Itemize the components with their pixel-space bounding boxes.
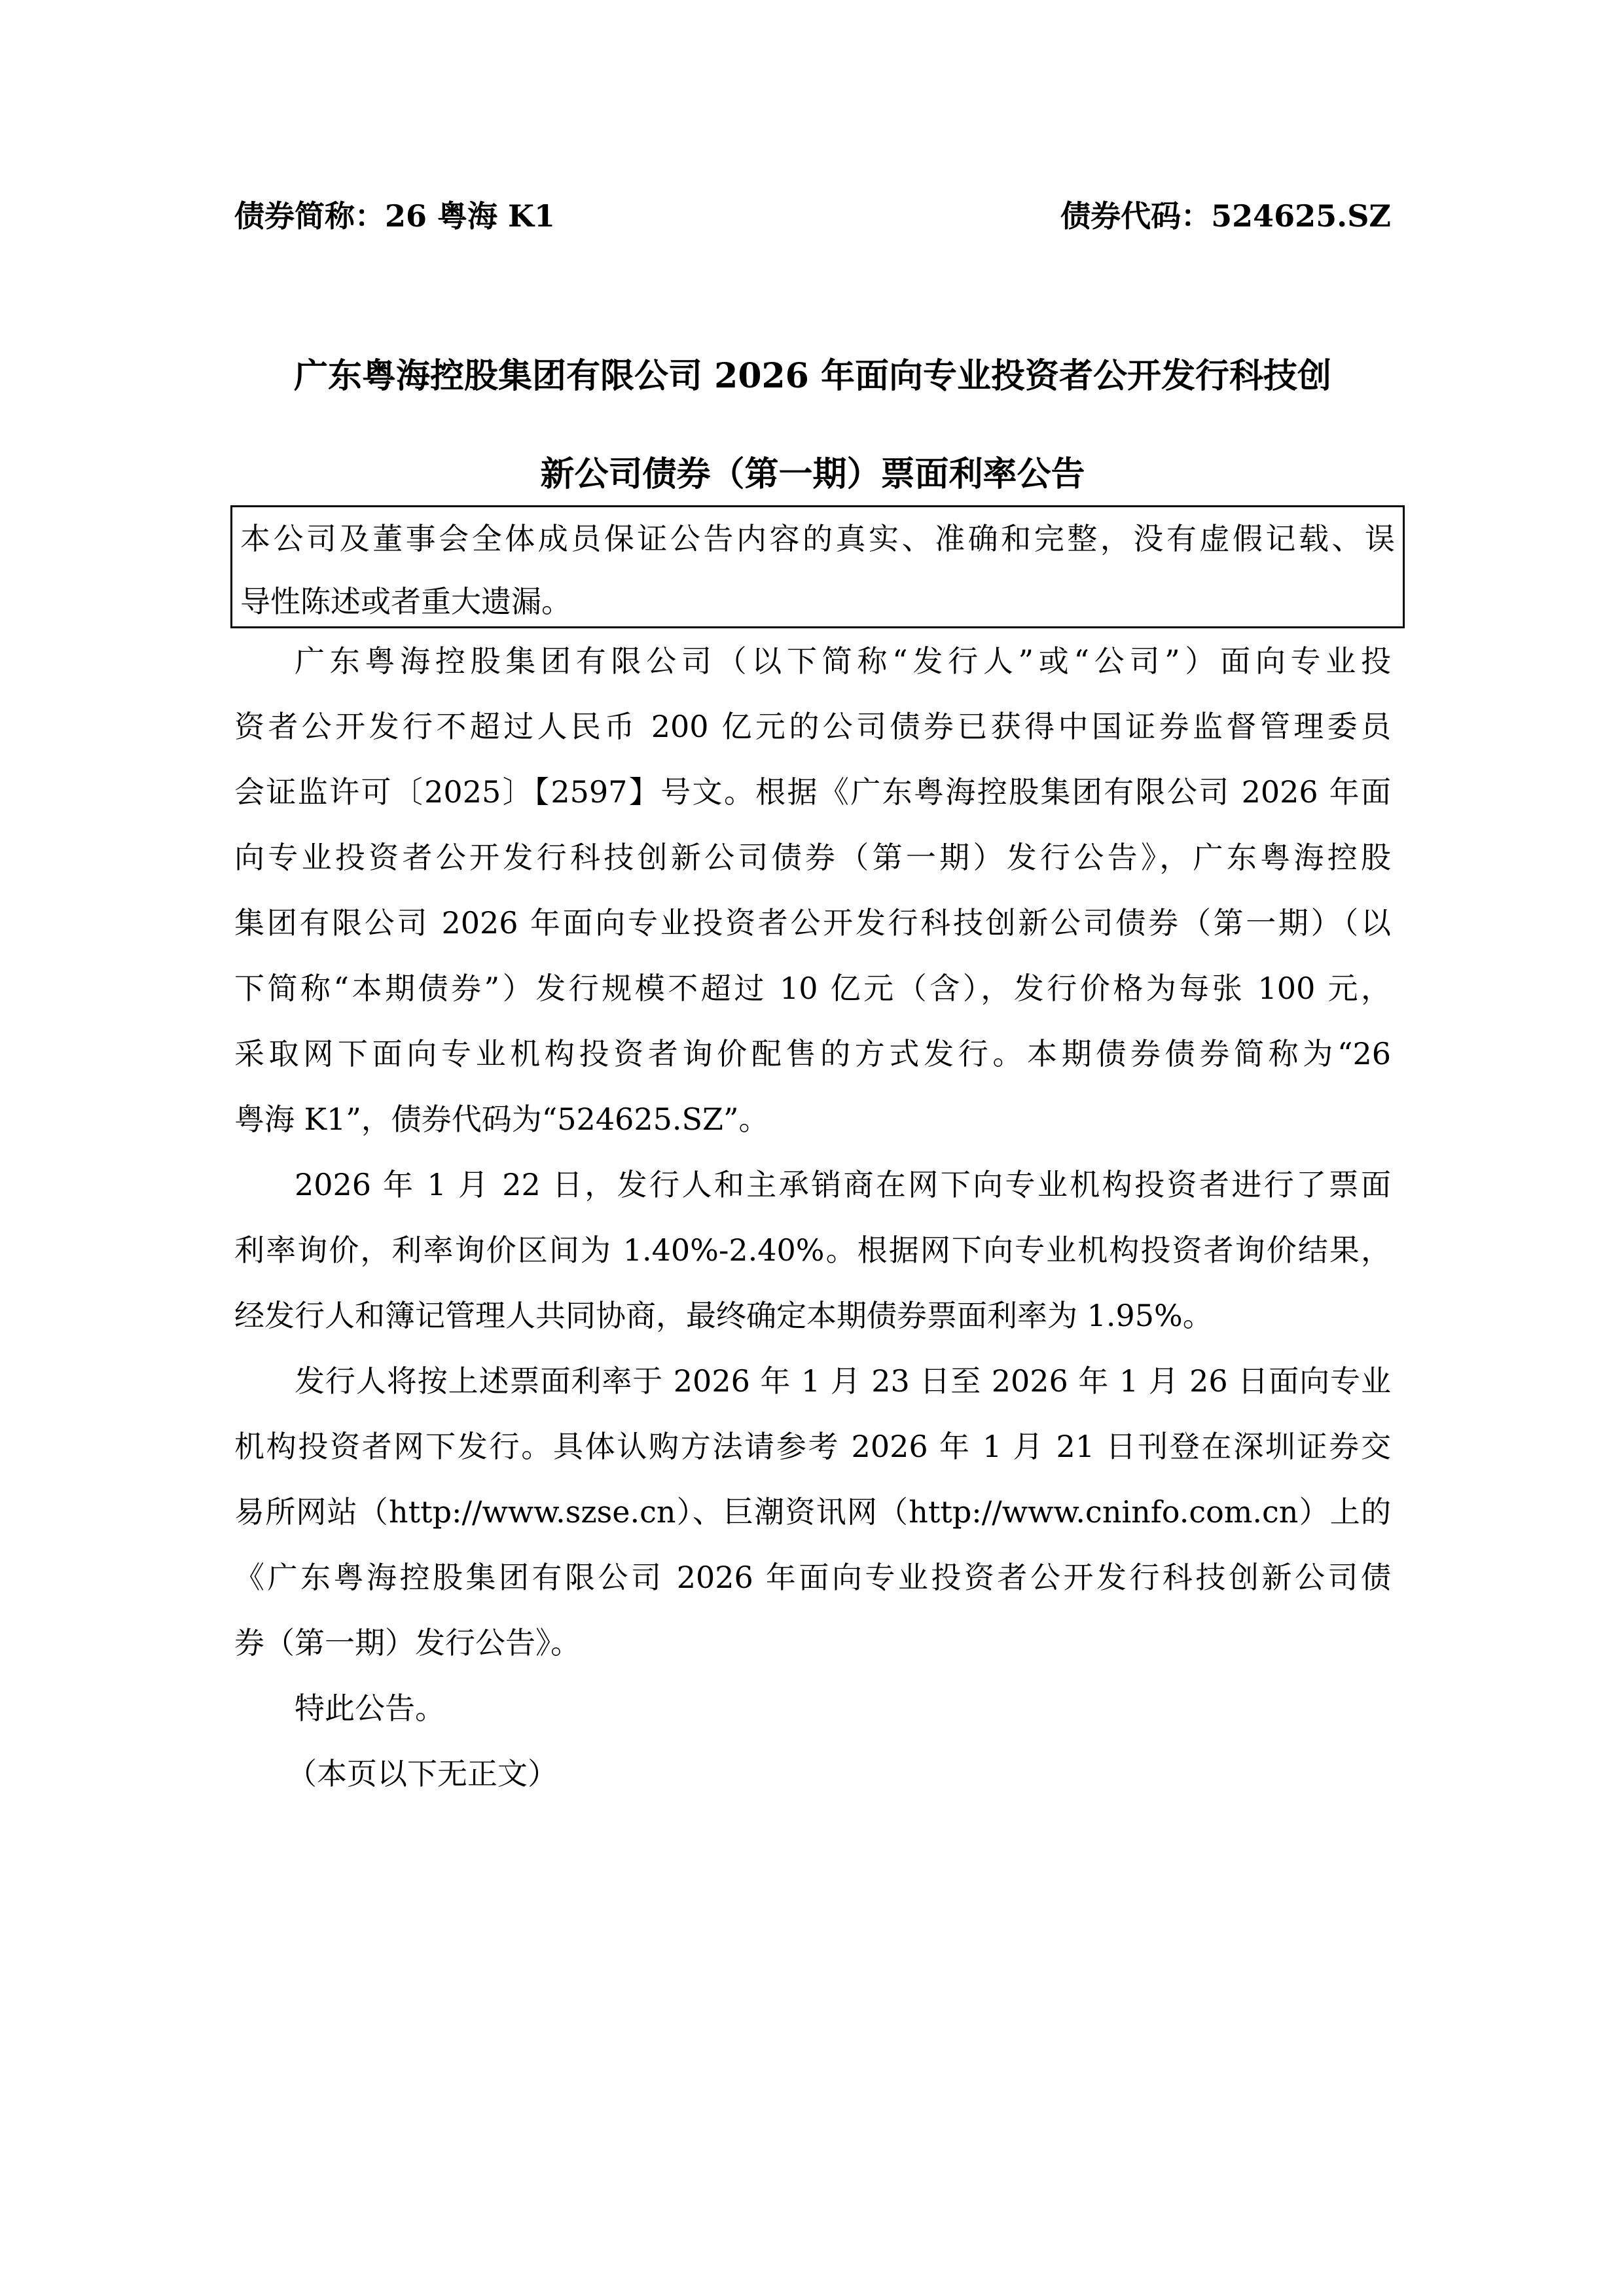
bond-short-name-label: 债券简称：26 粤海 K1 [234, 196, 555, 236]
closing-statement: 特此公告。 [234, 1676, 1391, 1741]
closing-section: 特此公告。 （本页以下无正文） [234, 1676, 1391, 1806]
document-title: 广东粤海控股集团有限公司 2026 年面向专业投资者公开发行科技创 新公司债券（… [229, 327, 1396, 524]
text-line: 机构投资者网下发行。具体认购方法请参考 2026 年 1 月 21 日刊登在深圳… [234, 1414, 1391, 1479]
bond-code-label: 债券代码：524625.SZ [1060, 196, 1391, 236]
text-line: 会证监许可〔2025〕【2597】号文。根据《广东粤海控股集团有限公司 2026… [234, 759, 1391, 825]
text-line: 券（第一期）发行公告》。 [234, 1610, 1391, 1676]
text-line: 《广东粤海控股集团有限公司 2026 年面向专业投资者公开发行科技创新公司债 [234, 1545, 1391, 1610]
text-line: 广东粤海控股集团有限公司（以下简称“发行人”或“公司”）面向专业投 [234, 628, 1391, 694]
text-line: 易所网站（http://www.szse.cn）、巨潮资讯网（http://ww… [234, 1479, 1391, 1545]
disclaimer-line: 本公司及董事会全体成员保证公告内容的真实、准确和完整，没有虚假记载、误 [240, 507, 1395, 570]
text-line: 下简称“本期债券”）发行规模不超过 10 亿元（含），发行价格为每张 100 元… [234, 956, 1391, 1021]
paragraph-issuance-schedule: 发行人将按上述票面利率于 2026 年 1 月 23 日至 2026 年 1 月… [234, 1348, 1391, 1676]
paragraph-coupon-rate: 2026 年 1 月 22 日，发行人和主承销商在网下向专业机构投资者进行了票面… [234, 1152, 1391, 1348]
text-line: 2026 年 1 月 22 日，发行人和主承销商在网下向专业机构投资者进行了票面 [234, 1152, 1391, 1217]
text-line: 资者公开发行不超过人民币 200 亿元的公司债券已获得中国证券监督管理委员 [234, 694, 1391, 759]
disclaimer-box: 本公司及董事会全体成员保证公告内容的真实、准确和完整，没有虚假记载、误 导性陈述… [230, 505, 1405, 628]
document-body: 广东粤海控股集团有限公司（以下简称“发行人”或“公司”）面向专业投 资者公开发行… [234, 628, 1391, 1806]
text-line: 利率询价，利率询价区间为 1.40%-2.40%。根据网下向专业机构投资者询价结… [234, 1217, 1391, 1283]
title-line-1: 广东粤海控股集团有限公司 2026 年面向专业投资者公开发行科技创 [229, 327, 1396, 425]
document-header: 债券简称：26 粤海 K1 债券代码：524625.SZ [234, 196, 1391, 236]
text-line: 采取网下面向专业机构投资者询价配售的方式发行。本期债券债券简称为“26 [234, 1021, 1391, 1086]
disclaimer-line: 导性陈述或者重大遗漏。 [240, 570, 1395, 633]
text-line: 发行人将按上述票面利率于 2026 年 1 月 23 日至 2026 年 1 月… [234, 1348, 1391, 1414]
text-line: 经发行人和簿记管理人共同协商，最终确定本期债券票面利率为 1.95%。 [234, 1283, 1391, 1348]
text-line: 向专业投资者公开发行科技创新公司债券（第一期）发行公告》，广东粤海控股 [234, 825, 1391, 890]
no-more-text-note: （本页以下无正文） [234, 1741, 1391, 1806]
paragraph-issuance-background: 广东粤海控股集团有限公司（以下简称“发行人”或“公司”）面向专业投 资者公开发行… [234, 628, 1391, 1152]
text-line: 集团有限公司 2026 年面向专业投资者公开发行科技创新公司债券（第一期）（以 [234, 890, 1391, 956]
text-line: 粤海 K1”，债券代码为“524625.SZ”。 [234, 1086, 1391, 1152]
